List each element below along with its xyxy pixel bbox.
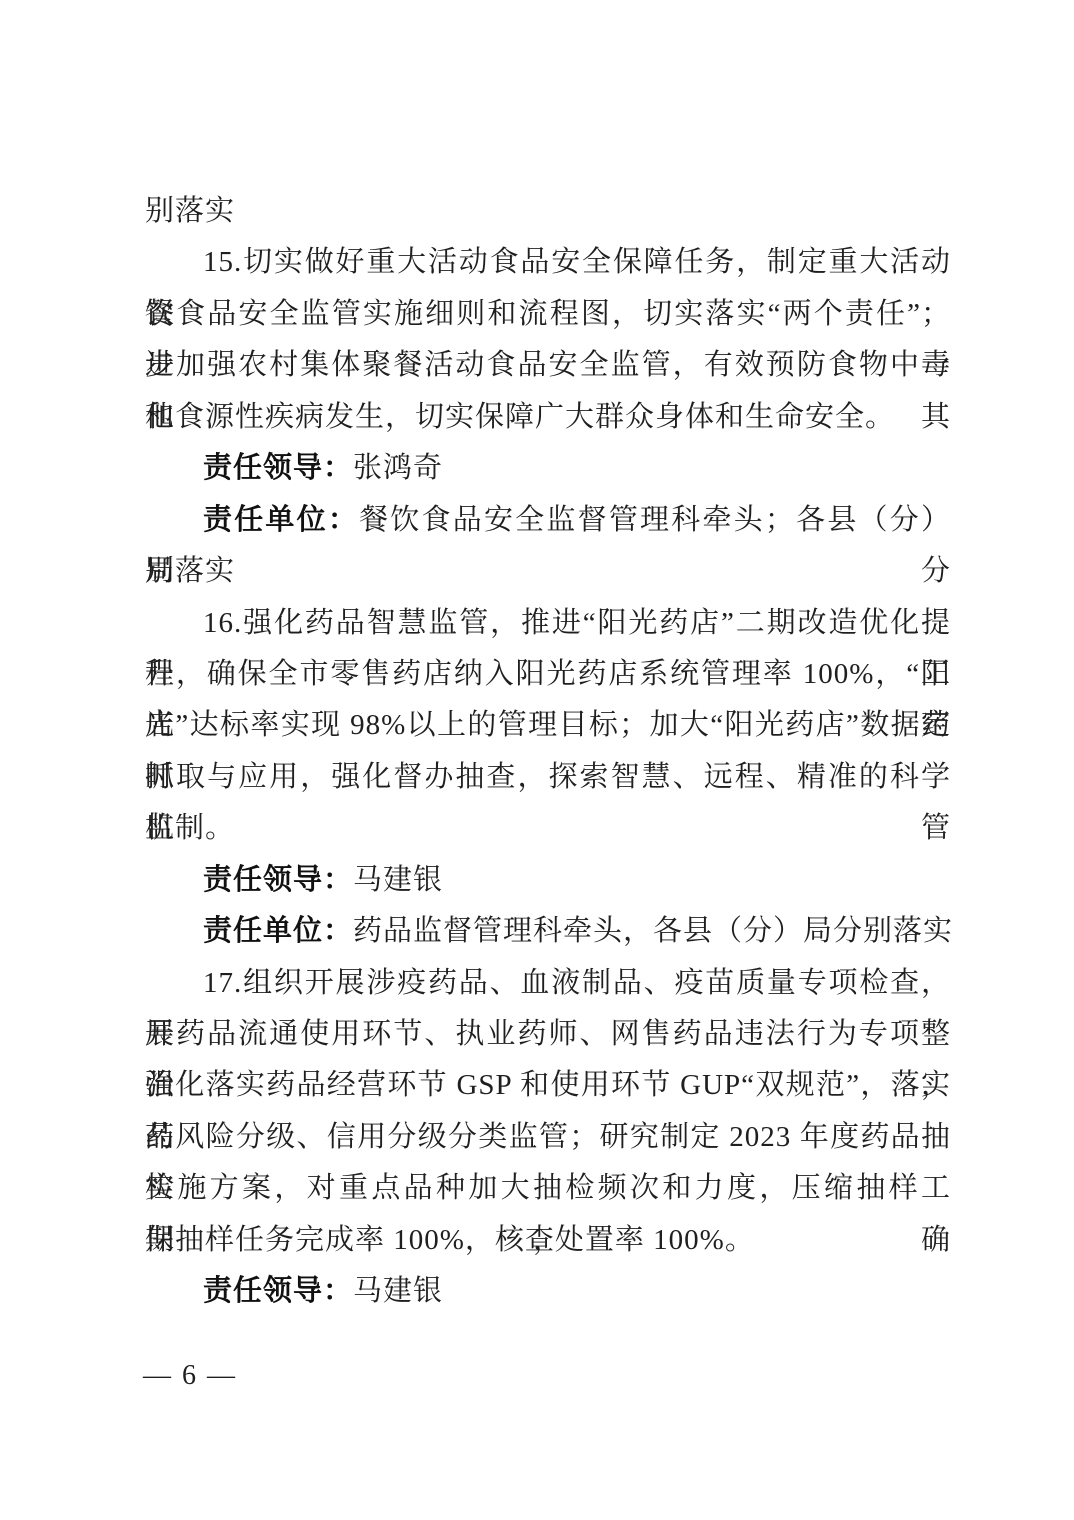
responsible-leader-line: 责任领导：张鸿奇 bbox=[145, 443, 951, 494]
item-17-line: 品风险分级、信用分级分类监管；研究制定 2023 年度药品抽检 bbox=[145, 1112, 951, 1163]
responsible-leader-line: 责任领导：马建银 bbox=[145, 855, 951, 906]
item-17-line: 实施方案，对重点品种加大抽检频次和力度，压缩抽样工期，确 bbox=[145, 1163, 951, 1214]
responsible-leader-label: 责任领导： bbox=[203, 452, 353, 484]
responsible-leader-label: 责任领导： bbox=[203, 864, 353, 896]
item-17-line: 展药品流通使用环节、执业药师、网售药品违法行为专项整治， bbox=[145, 1009, 951, 1060]
responsible-unit-line: 责任单位：餐饮食品安全监督管理科牵头；各县（分）局分 bbox=[145, 495, 951, 546]
document-page: 别落实 15.切实做好重大活动食品安全保障任务，制定重大活动餐 饮食品安全监管实… bbox=[0, 0, 1074, 1520]
document-body: 别落实 15.切实做好重大活动食品安全保障任务，制定重大活动餐 饮食品安全监管实… bbox=[145, 186, 951, 1318]
responsible-leader-line: 责任领导：马建银 bbox=[145, 1266, 951, 1317]
item-16-line: 店”达标率实现 98%以上的管理目标；加大“阳光药店”数据定时 bbox=[145, 700, 951, 751]
item-17-line: 17.组织开展涉疫药品、血液制品、疫苗质量专项检查，开 bbox=[145, 958, 951, 1009]
item-15-line: 他食源性疾病发生，切实保障广大群众身体和生命安全。 bbox=[145, 392, 951, 443]
text-line-continuation: 别落实 bbox=[145, 186, 951, 237]
item-16-line: 16.强化药品智慧监管，推进“阳光药店”二期改造优化提升工 bbox=[145, 598, 951, 649]
item-16-line: 抓取与应用，强化督办抽查，探索智慧、远程、精准的科学监管 bbox=[145, 752, 951, 803]
page-number: — 6 — bbox=[143, 1356, 237, 1396]
responsible-unit-value: 药品监督管理科牵头，各县（分）局分别落实 bbox=[353, 915, 953, 947]
item-17-line: 强化落实药品经营环节 GSP 和使用环节 GUP“双规范”，落实药 bbox=[145, 1060, 951, 1111]
item-15-line: 15.切实做好重大活动食品安全保障任务，制定重大活动餐 bbox=[145, 237, 951, 288]
responsible-unit-line: 责任单位：药品监督管理科牵头，各县（分）局分别落实 bbox=[145, 906, 951, 957]
item-15-line: 饮食品安全监管实施细则和流程图，切实落实“两个责任”；进一 bbox=[145, 289, 951, 340]
responsible-leader-label: 责任领导： bbox=[203, 1275, 353, 1307]
item-15-line: 步加强农村集体聚餐活动食品安全监管，有效预防食物中毒和其 bbox=[145, 340, 951, 391]
responsible-leader-value: 张鸿奇 bbox=[353, 452, 443, 484]
responsible-unit-label: 责任单位： bbox=[203, 915, 353, 947]
responsible-leader-value: 马建银 bbox=[353, 1275, 443, 1307]
responsible-unit-label: 责任单位： bbox=[203, 504, 359, 536]
item-16-line: 程，确保全市零售药店纳入阳光药店系统管理率 100%，“阳光药 bbox=[145, 649, 951, 700]
responsible-leader-value: 马建银 bbox=[353, 864, 443, 896]
